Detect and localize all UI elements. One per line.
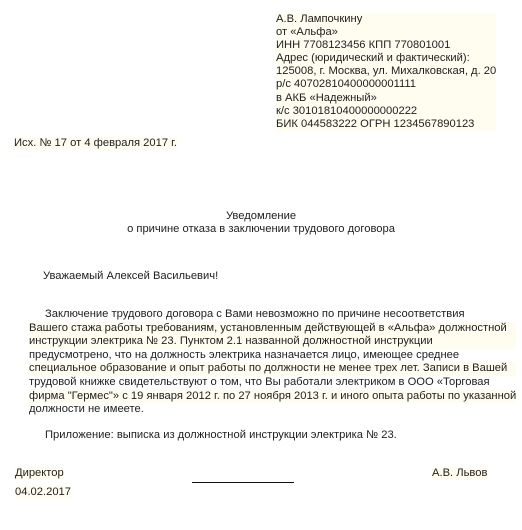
body-line: должности не имеете.: [29, 403, 516, 417]
body-line: специальное образование и опыт работы по…: [29, 362, 516, 376]
signature-line: [192, 482, 294, 483]
body-line: Вашего стажа работы требованиям, установ…: [29, 322, 516, 336]
attachment-note: Приложение: выписка из должностной инстр…: [45, 429, 397, 442]
body-line: предусмотрено, что на должность электрик…: [29, 349, 516, 363]
body-line: фирма "Гермес"» с 19 января 2012 г. по 2…: [29, 390, 516, 404]
addressee-address: 125008, г. Москва, ул. Михалковская, д. …: [276, 65, 496, 78]
addressee-block: А.В. Лампочкину от «Альфа» ИНН 770812345…: [276, 13, 496, 131]
document-subtitle: о причине отказа в заключении трудового …: [0, 223, 522, 236]
signer-position: Директор: [15, 467, 64, 480]
addressee-bik-ogrn: БИК 044583222 ОГРН 1234567890123: [276, 118, 496, 131]
signature-date: 04.02.2017: [15, 486, 71, 499]
addressee-from: от «Альфа»: [276, 26, 496, 39]
addressee-inn-kpp: ИНН 7708123456 КПП 770801001: [276, 39, 496, 52]
signer-name: А.В. Львов: [432, 467, 487, 480]
outgoing-reference: Исх. № 17 от 4 февраля 2017 г.: [14, 137, 177, 150]
addressee-bank: в АКБ «Надежный»: [276, 92, 496, 105]
body-paragraph: Заключение трудового договора с Вами нев…: [29, 308, 516, 417]
body-line: инструкции электрика № 23. Пунктом 2.1 н…: [29, 335, 516, 349]
addressee-corr-account: к/с 30101810400000000222: [276, 105, 496, 118]
addressee-address-label: Адрес (юридический и фактический):: [276, 52, 496, 65]
addressee-account: р/с 40702810400000001111: [276, 78, 496, 91]
document-title: Уведомление: [0, 210, 522, 223]
body-line: трудовой книжке свидетельствуют о том, ч…: [29, 376, 516, 390]
body-line: Заключение трудового договора с Вами нев…: [29, 308, 516, 322]
addressee-name: А.В. Лампочкину: [276, 13, 496, 26]
salutation: Уважаемый Алексей Васильевич!: [43, 270, 218, 283]
